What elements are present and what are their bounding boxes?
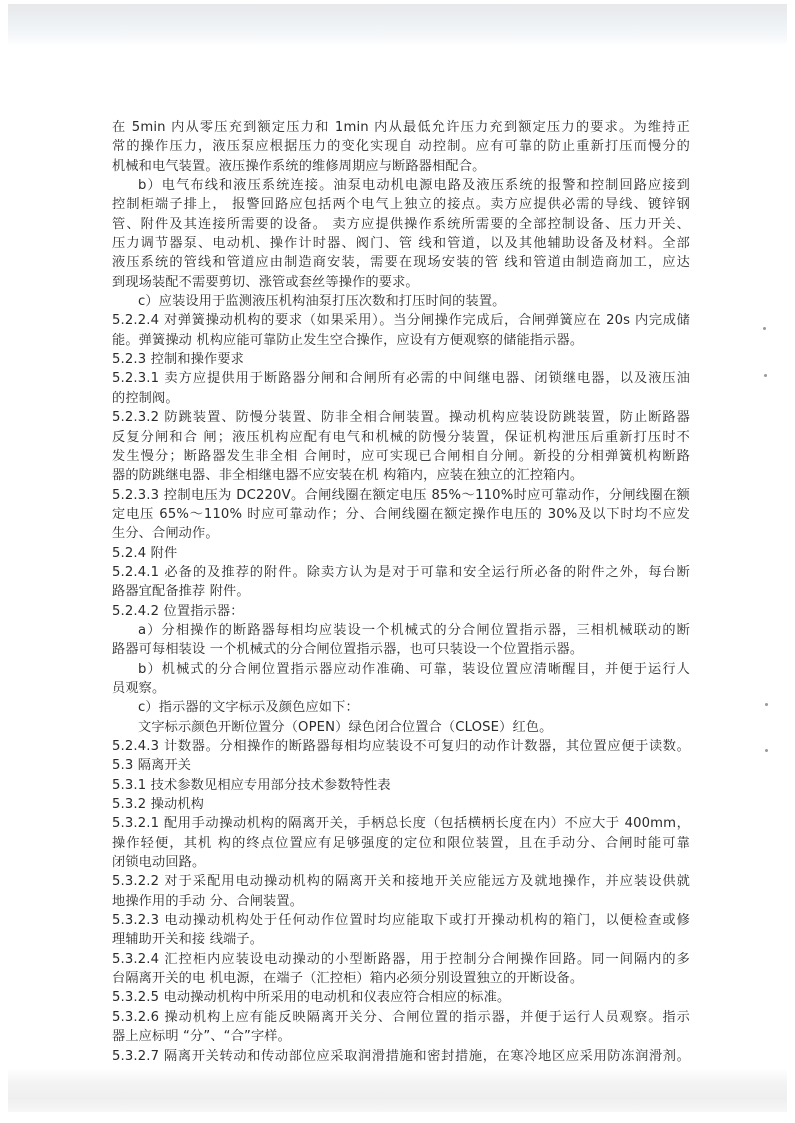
document-line: 5.3.2 操动机构 (112, 795, 690, 814)
document-line: 路器可每相装设 一个机械式的分合闸位置指示器，也可只装设一个位置指示器。 (112, 640, 690, 659)
document-line: 操作轻便，其机 构的终点位置应有足够强度的定位和限位装置，且在手动分、合闸时能可… (112, 834, 690, 853)
document-line: 5.3.2.5 电动操动机构中所采用的电动机和仪表应符合相应的标准。 (112, 988, 690, 1007)
document-line: 5.3 隔离开关 (112, 756, 690, 775)
document-line: 发生慢分；断路器发生非全相 合闸时，应可实现已合闸相自分闸。新投的分相弹簧机构断… (112, 447, 690, 466)
document-line: 5.3.2.3 电动操动机构处于任何动作位置时均应能取下或打开操动机构的箱门，以… (112, 911, 690, 930)
document-line: 理辅助开关和接 线端子。 (112, 930, 690, 949)
document-line: 到现场装配不需要剪切、涨管或套丝等操作的要求。 (112, 273, 690, 292)
document-line: 常的操作压力，液压泵应根据压力的变化实现自 动控制。应有可靠的防止重新打压而慢分… (112, 137, 690, 156)
scan-speck (763, 327, 766, 330)
scan-speck (764, 374, 767, 377)
document-line: 5.3.2.6 操动机构上应有能反映隔离开关分、合闸位置的指示器，并便于运行人员… (112, 1008, 690, 1027)
document-line: 在 5min 内从零压充到额定压力和 1min 内从最低允许压力充到额定压力的要… (112, 118, 690, 137)
scan-speck (765, 703, 768, 706)
document-line: 5.2.4.1 必备的及推荐的附件。除卖方认为是对于可靠和安全运行所必备的附件之… (112, 563, 690, 582)
document-line: 5.2.3 控制和操作要求 (112, 350, 690, 369)
document-line: c）应装设用于监测液压机构油泵打压次数和打压时间的装置。 (112, 292, 690, 311)
document-line: 能。弹簧操动 机构应能可靠防止发生空合操作，应设有方便观察的储能指示器。 (112, 331, 690, 350)
document-line: 的控制阀。 (112, 389, 690, 408)
scan-shadow-bottom (8, 1068, 787, 1112)
document-line: 5.3.2.7 隔离开关转动和传动部位应采取润滑措施和密封措施，在寒冷地区应采用… (112, 1047, 690, 1066)
document-line: 5.3.1 技术参数见相应专用部分技术参数特性表 (112, 776, 690, 795)
document-line: 5.2.3.3 控制电压为 DC220V。合闸线圈在额定电压 85%～110%时… (112, 486, 690, 505)
document-line: 员观察。 (112, 679, 690, 698)
document-line: 器上应标明 “分”、“合”字样。 (112, 1027, 690, 1046)
document-line: 5.2.4.2 位置指示器： (112, 602, 690, 621)
document-line: 文字标示颜色开断位置分（OPEN）绿色闭合位置合（CLOSE）红色。 (112, 718, 690, 737)
document-line: 5.2.2.4 对弹簧操动机构的要求（如果采用）。当分闸操作完成后，合闸弹簧应在… (112, 311, 690, 330)
document-line: b）机械式的分合闸位置指示器应动作准确、可靠，装设位置应清晰醒目，并便于运行人 (112, 660, 690, 679)
document-line: 定电压 65%～110% 时应可靠动作；分、合闸线圈在额定操作电压的 30%及以… (112, 505, 690, 524)
document-line: 机械和电气装置。液压操作系统的维修周期应与断路器相配合。 (112, 157, 690, 176)
document-line: 控制柜端子排上， 报警回路应包括两个电气上独立的接点。卖方应提供必需的导线、镀锌… (112, 195, 690, 214)
document-line: 地操作用的手动 分、合闸装置。 (112, 892, 690, 911)
scan-speck (765, 749, 768, 752)
document-line: 5.3.2.1 配用手动操动机构的隔离开关，手柄总长度（包括横柄长度在内）不应大… (112, 814, 690, 833)
document-line: a）分相操作的断路器每相均应装设一个机械式的分合闸位置指示器，三相机械联动的断 (112, 621, 690, 640)
document-line: 压力调节器泵、电动机、操作计时器、阀门、管 线和管道，以及其他辅助设备及材料。全… (112, 234, 690, 253)
document-line: 管、附件及其连接所需要的设备。 卖方应提供操作系统所需要的全部控制设备、压力开关… (112, 215, 690, 234)
document-line: 5.3.2.2 对于采配用电动操动机构的隔离开关和接地开关应能远方及就地操作，并… (112, 872, 690, 891)
document-line: 5.3.2.4 汇控柜内应装设电动操动的小型断路器，用于控制分合闸操作回路。同一… (112, 950, 690, 969)
document-line: 台隔离开关的电 机电源，在端子（汇控柜）箱内必须分别设置独立的开断设备。 (112, 969, 690, 988)
document-line: 5.2.4 附件 (112, 544, 690, 563)
document-line: 5.2.3.1 卖方应提供用于断路器分闸和合闸所有必需的中间继电器、闭锁继电器，… (112, 369, 690, 388)
document-line: 5.2.4.3 计数器。分相操作的断路器每相均应装设不可复归的动作计数器，其位置… (112, 737, 690, 756)
document-line: 反复分闸和合 闸；液压机构应配有电气和机械的防慢分装置，保证机构泄压后重新打压时… (112, 428, 690, 447)
document-line: 生分、合闸动作。 (112, 524, 690, 543)
document-line: 路器宜配备推荐 附件。 (112, 582, 690, 601)
document-line: 器的防跳继电器、非全相继电器不应安装在机 构箱内，应装在独立的汇控箱内。 (112, 466, 690, 485)
document-body: 在 5min 内从零压充到额定压力和 1min 内从最低允许压力充到额定压力的要… (112, 118, 690, 1066)
document-line: c）指示器的文字标示及颜色应如下： (112, 698, 690, 717)
document-line: 液压系统的管线和管道应由制造商安装，需要在现场安装的管 线和管道由制造商加工，应… (112, 253, 690, 272)
document-line: 5.2.3.2 防跳装置、防慢分装置、防非全相合闸装置。操动机构应装设防跳装置，… (112, 408, 690, 427)
document-line: b）电气布线和液压系统连接。油泵电动机电源电路及液压系统的报警和控制回路应接到 (112, 176, 690, 195)
scan-shadow-top (8, 4, 787, 46)
document-line: 闭锁电动回路。 (112, 853, 690, 872)
